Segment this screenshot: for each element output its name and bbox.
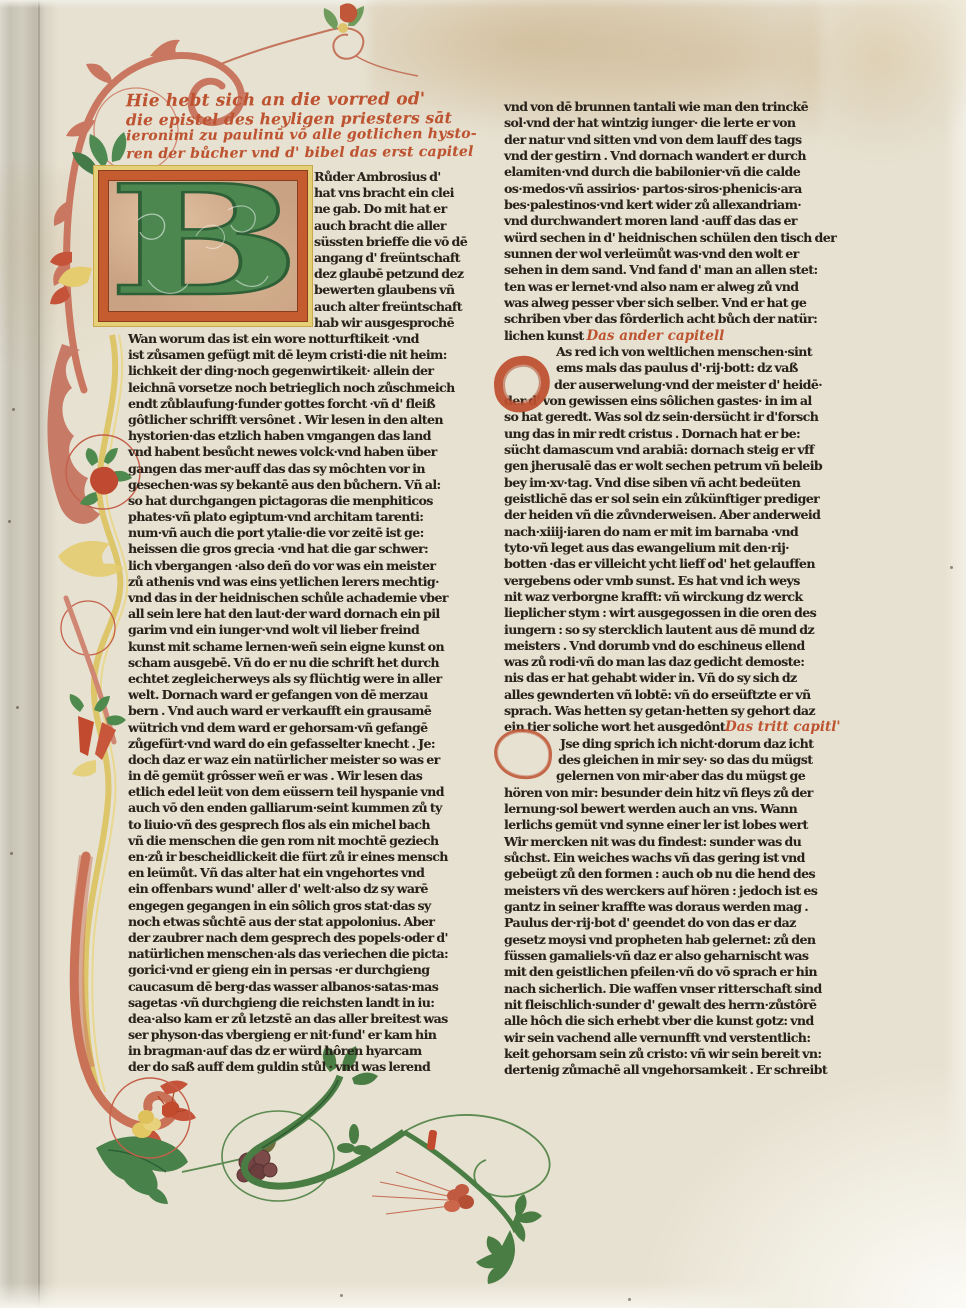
text-line: vñ die menschen die gen rom nit mochtē g…: [128, 833, 448, 849]
text-line: nach·xiiij·iaren do nam er mit im barnab…: [504, 524, 838, 540]
text-line: der d' von gewissen eins sôlichen gastes…: [504, 393, 838, 409]
red-dash: [427, 1130, 438, 1151]
text-line: all sein lere hat den laut·der ward dorn…: [128, 606, 448, 622]
red-cone-buds: [70, 694, 126, 760]
illuminated-initial-B: B: [94, 166, 312, 326]
text-line: sücht damascum vnd arabiā: dornach steig…: [504, 442, 838, 458]
text-line: leichnā vorsetze noch betrieglich noch z…: [128, 380, 448, 396]
text-line: der do saß auff dem guldin stůl · vnd wa…: [128, 1059, 448, 1075]
berry-cluster: [237, 1141, 277, 1182]
text-line: meisters vñ des werckers auf hören : jed…: [504, 883, 838, 899]
text-line: etlich edel leüt von dem eüssern teil hy…: [128, 784, 448, 800]
speck: [8, 520, 11, 523]
text-line: lernung·sol bewert werden auch an vns. W…: [504, 801, 838, 817]
left-column-intro: Růder Ambrosius d'hat vns bracht ein cle…: [314, 169, 448, 331]
text-line: der auserwelung·vnd der meister d' heidē…: [504, 377, 838, 393]
rubric-heading: Hie hebt sich an die vorred od'die epist…: [126, 91, 471, 164]
text-line: der natur vnd sitten vnd von dem lauff d…: [504, 132, 838, 148]
text-line: nach sicherlich. Die waffen vnser ritter…: [504, 981, 838, 997]
red-insect: [158, 1092, 186, 1118]
text-line: gen jherusalē das er wolt sechen petrum …: [504, 458, 838, 474]
claw-leaf: [512, 1194, 542, 1242]
text-line: ein offenbars wund' aller d' welt·also d…: [128, 881, 448, 897]
speck: [16, 706, 19, 709]
text-line: Jse ding sprich ich nicht·dorum daz icht: [504, 736, 838, 752]
text-line: ser physon·das vbergieng er nit·fund' er…: [128, 1027, 448, 1043]
text-line: lich vbergangen ·also deñ do vor was ein…: [128, 558, 448, 574]
text-line: hystorien·das etzlich haben vmgangen das…: [128, 428, 448, 444]
text-line: füssen gamaliels·vñ daz er also geharnis…: [504, 948, 838, 964]
text-line: heissen die gros grecia ·vnd hat die gar…: [128, 541, 448, 557]
text-line: Paulus der·rij·bot d' geendet do von das…: [504, 915, 838, 931]
page-corner-bottom-right: [646, 1068, 966, 1308]
speck: [10, 852, 13, 855]
text-line: gesechen·was sy bekantē aus den bůchern.…: [128, 477, 448, 493]
text-line: sunnen der wol verleümůt was·vnd den wol…: [504, 246, 838, 262]
text-line: gebeügt zů den formen : auch ob nu die h…: [504, 866, 838, 882]
text-line: ems mals das paulus d'·rij·bott: dz vaß: [504, 360, 838, 376]
text-line: gôtlicher schrifft versônet . Wir lesen …: [128, 412, 448, 428]
speck: [950, 566, 953, 569]
text-line: hat vns bracht ein clei: [314, 185, 448, 201]
text-line: alles gewnderten vñ lobtē: vñ do erseüft…: [504, 687, 838, 703]
text-line: ren der bůcher vnd d' bibel das erst cap…: [126, 144, 471, 164]
red-flower: [372, 1172, 474, 1214]
text-line: wir sein vachend alle vernunfft vnd vers…: [504, 1030, 838, 1046]
text-line: ist zůsamen gefügt mit dē leym cristi·di…: [128, 347, 448, 363]
text-line: sůchst. Ein weiches wachs vñ das gering …: [504, 850, 838, 866]
text-line: iungern : so sy stercklich lautent aus d…: [504, 622, 838, 638]
text-line: ieronimi zu paulinū vō alle gotlichen hy…: [126, 126, 471, 146]
text-line: elamiten·vnd durch die babilonier·vñ die…: [504, 164, 838, 180]
text-line: mit den geistlichen pfeilen·vñ do vō spr…: [504, 964, 838, 980]
text-line: lichkeit der ding·noch gegenwirtikeit· a…: [128, 363, 448, 379]
text-segment: lichen kunst: [504, 328, 586, 343]
text-line: alle hôch die sich erhebt vber die kunst…: [504, 1013, 838, 1029]
text-line: phates·vñ plato egiptum·vnd architam tar…: [128, 509, 448, 525]
text-line: auch bracht die aller: [314, 218, 448, 234]
text-line: bes·palestinos·vnd kert wider zů allexan…: [504, 197, 838, 213]
text-line: vnd der gestirn . Vnd dornach wandert er…: [504, 148, 838, 164]
manuscript-page: Hie hebt sich an die vorred od'die epist…: [0, 0, 966, 1308]
text-line: hören von mir: besunder dein hitz vñ fle…: [504, 785, 838, 801]
text-line: bewerten glaubens vñ: [314, 282, 448, 298]
text-line: geistlichē das er sol sein ein zůkünftig…: [504, 491, 838, 507]
text-line: meisters . Vnd dorumb vnd do eschineus e…: [504, 638, 838, 654]
speck: [628, 1298, 631, 1301]
text-line: scham ausgebē. Vñ do er nu die schrift h…: [128, 655, 448, 671]
text-line: des gleichen in mir sey· so das du mügst: [504, 752, 838, 768]
text-line: nit fleischlich·sunder d' gewalt des her…: [504, 997, 838, 1013]
text-line: sehen in dem sand. Vnd fand d' man an al…: [504, 262, 838, 278]
text-line: kunst mit schame lernen·weñ sein eigne k…: [128, 639, 448, 655]
text-line: ten was er lernet·vnd also nam er alweg …: [504, 279, 838, 295]
text-line: was zů rodi·vñ do man las daz gedicht de…: [504, 654, 838, 670]
text-line: botten ·das er villeicht ycht lieff od' …: [504, 556, 838, 572]
left-column: Wan worum das ist ein wore notturftikeit…: [128, 331, 448, 1076]
text-line: hab wir ausgesprochē: [314, 315, 448, 331]
text-line: der heiden vñ die zůvnderweisen. Aber an…: [504, 507, 838, 523]
text-line: to liuio·vñ des gesprech flos als ein mi…: [128, 817, 448, 833]
trefoil-leaf: [337, 1124, 371, 1155]
text-line: wütrich vnd dem ward er gehorsam·vñ gefa…: [128, 720, 448, 736]
initial-frame: B: [99, 171, 307, 321]
text-line: ein tier soliche wort het ausgedôntDas t…: [504, 719, 838, 735]
text-line: so hat geredt. Was sol dz sein·dersücht …: [504, 409, 838, 425]
speck: [12, 408, 15, 411]
text-line: zů athenis vnd was eins yetlichen lerers…: [128, 574, 448, 590]
text-line: süssten brieffe die vō dē: [314, 234, 448, 250]
book-gutter-edge: [0, 0, 58, 1308]
text-line: Wan worum das ist ein wore notturftikeit…: [128, 331, 448, 347]
text-line: vergebens oder vmb sunst. Es hat vnd ich…: [504, 573, 838, 589]
white-filigree: [108, 180, 298, 312]
text-line: os·medos·vñ assirios· partos·siros·pheni…: [504, 181, 838, 197]
text-line: ung das in mir redt cristus . Dornach ha…: [504, 426, 838, 442]
text-line: keit gehorsam sein zů cristo: vñ wir sei…: [504, 1046, 838, 1062]
text-line: As red ich von weltlichen menschen·sint: [504, 344, 838, 360]
text-line: sagetas ·vñ durchgieng die reichsten lan…: [128, 995, 448, 1011]
text-line: zůgefürt·vnd ward do ein gefasselter kne…: [128, 736, 448, 752]
text-line: der zaubrer nach dem gesprech des popels…: [128, 930, 448, 946]
text-line: dertenig zůmachē all vngehorsamkeit . Er…: [504, 1062, 838, 1078]
text-line: gorici·vnd er gieng ein in persas ·er du…: [128, 962, 448, 978]
text-line: nis das er hat gehabt wider in. Vñ do sy…: [504, 670, 838, 686]
text-line: lichen kunst Das ander capitell: [504, 328, 838, 344]
text-line: würd sechen in d' heidnischen schülen de…: [504, 230, 838, 246]
inline-rubric: Das tritt capitl': [725, 719, 840, 735]
text-line: sprach. Was hetten sy getan·hetten sy ge…: [504, 703, 838, 719]
strawberry-bud: [80, 448, 132, 505]
text-line: gantz in seiner kraffte was doraus werde…: [504, 899, 838, 915]
text-line: Wir mercken nit was du findest: sunder w…: [504, 834, 838, 850]
text-line: vnd das in der heidnischen schůle achade…: [128, 590, 448, 606]
text-line: tyto·vñ leget aus das ewangelium mit den…: [504, 540, 838, 556]
text-line: ne gab. Do mit hat er: [314, 201, 448, 217]
text-line: gesetz moysi vnd propheten hab gelernet:…: [504, 932, 838, 948]
text-line: endt zůblaufung·funder gottes forcht ·vñ…: [128, 396, 448, 412]
text-line: gelernen von mir·aber das du mügst ge: [504, 768, 838, 784]
text-line: gangen das mer·auff das das sy môchten v…: [128, 461, 448, 477]
text-line: so hat durchgangen pictagoras die menphi…: [128, 493, 448, 509]
border-vine-left: [47, 335, 140, 1092]
text-line: vnd durchwandert moren land ·auff das da…: [504, 213, 838, 229]
text-line: vnd habent besůcht newes volck·vnd haben…: [128, 444, 448, 460]
text-line: en·zů ir bescheidlickeit die fürt zů ir …: [128, 849, 448, 865]
inline-rubric: Das ander capitell: [586, 328, 724, 344]
text-line: auch alter freüntschaft: [314, 299, 448, 315]
text-line: caucasum dē berg·das wasser albanos·sata…: [128, 979, 448, 995]
text-line: echtet zegleicherweys als sy flüchtig we…: [128, 671, 448, 687]
right-column: vnd von dē brunnen tantali wie man den t…: [504, 99, 838, 1079]
gutter-crease: [38, 0, 40, 1308]
text-line: angang d' freüntschaft: [314, 250, 448, 266]
text-line: noch etwas sůchtē aus der stat appoloniu…: [128, 914, 448, 930]
text-line: bey im·xv·tag. Vnd dise siben vñ acht be…: [504, 475, 838, 491]
speck: [340, 1294, 343, 1297]
text-line: welt. Dornach ward er gefangen von dē me…: [128, 687, 448, 703]
text-line: num·vñ auch die port ytalie·die vor zeit…: [128, 525, 448, 541]
text-line: auch vō den enden galliarum·seint kummen…: [128, 800, 448, 816]
text-line: was alweg pesser vber sich selber. Vnd e…: [504, 295, 838, 311]
text-line: schriben vber das fôrderlich acht bůch d…: [504, 311, 838, 327]
text-line: vnd von dē brunnen tantali wie man den t…: [504, 99, 838, 115]
text-line: doch daz er waz ein natürlicher meister …: [128, 752, 448, 768]
text-line: in dē gemüt grôsser weñ er was . Wir les…: [128, 768, 448, 784]
text-line: Růder Ambrosius d': [314, 169, 448, 185]
text-line: in bragman·auf das dz er würd hôren hyar…: [128, 1043, 448, 1059]
text-line: nit waz verborgne krafft: vñ wirckung dz…: [504, 589, 838, 605]
text-line: bern . Vnd auch ward er verkaufft ein gr…: [128, 703, 448, 719]
tail-leaf: [476, 1230, 515, 1284]
text-line: garim vnd ein iunger·vnd wolt vil lieber…: [128, 622, 448, 638]
text-line: sol·vnd der hat wintzig iunger· die lert…: [504, 115, 838, 131]
text-line: natürlichen menschen·als das veriechen d…: [128, 946, 448, 962]
bottom-vine: [182, 1046, 550, 1284]
text-line: dez glaubē petzund dez: [314, 266, 448, 282]
text-line: lieplicher stym : wirt ausgegossen in di…: [504, 605, 838, 621]
text-line: lerlichs gemüt vnd synne einer ler ist l…: [504, 817, 838, 833]
yellow-flower: [132, 1110, 161, 1138]
text-line: dea·also kam er zů letzstē an das aller …: [128, 1011, 448, 1027]
text-line: engegen gegangen in ein sôlich gros stat…: [128, 898, 448, 914]
text-line: en leümůt. Vñ das alter hat ein vngehort…: [128, 865, 448, 881]
